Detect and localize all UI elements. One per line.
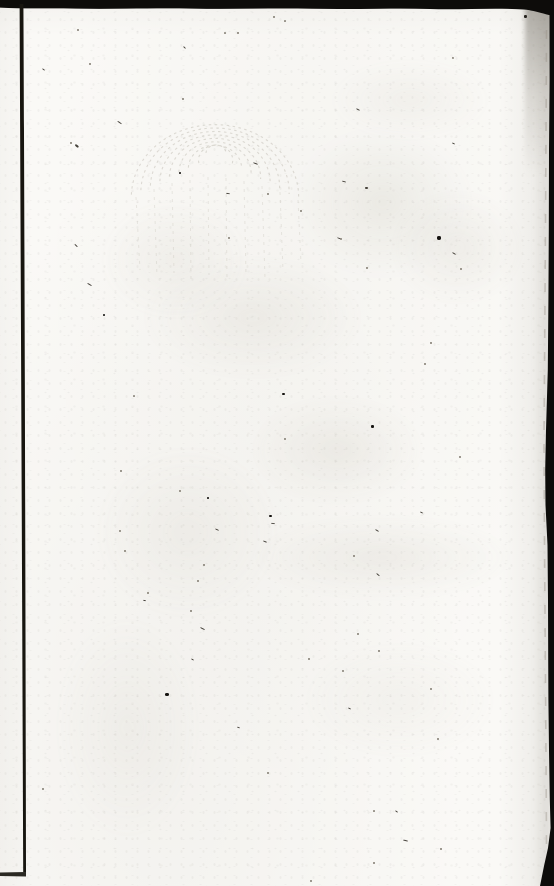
top-scan-edge xyxy=(0,0,554,16)
binding-edge-line xyxy=(20,4,26,872)
scanned-book-page xyxy=(0,0,554,886)
right-page-edge xyxy=(540,14,554,886)
scan-edges xyxy=(0,0,554,886)
bottom-left-edge-corner xyxy=(0,872,26,877)
